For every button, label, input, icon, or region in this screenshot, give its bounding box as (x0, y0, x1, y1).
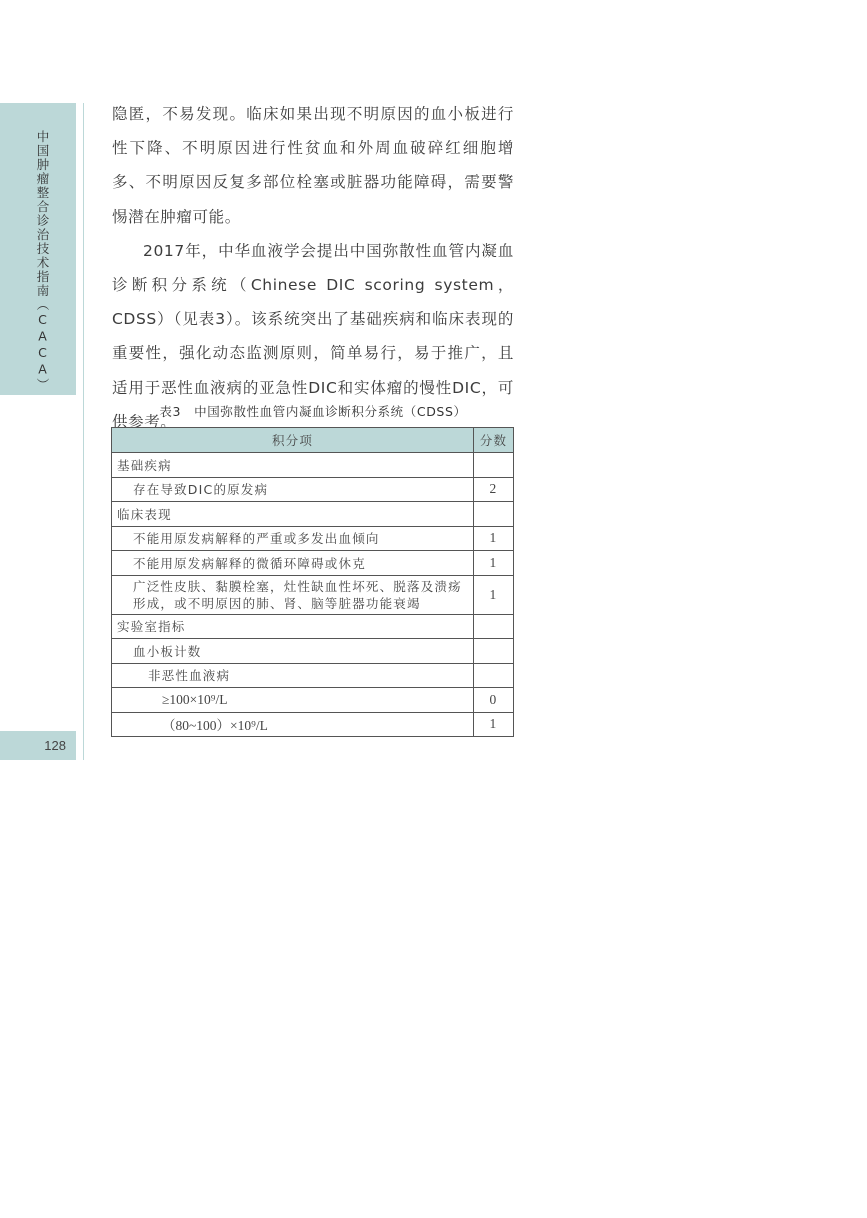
row-score: 1 (474, 575, 514, 614)
table-row: （80~100）×10⁹/L 1 (112, 712, 514, 737)
table-header-row: 积分项 分数 (112, 428, 514, 453)
header-item: 积分项 (112, 428, 474, 453)
table-row: 实验室指标 (112, 614, 514, 639)
row-item: 血小板计数 (112, 639, 474, 664)
row-score: 2 (474, 477, 514, 502)
row-item: 存在导致DIC的原发病 (112, 477, 474, 502)
row-item: 非恶性血液病 (112, 663, 474, 688)
table-row: 基础疾病 (112, 453, 514, 478)
table-row: 血小板计数 (112, 639, 514, 664)
row-item: 广泛性皮肤、黏膜栓塞，灶性缺血性坏死、脱落及溃疡形成，或不明原因的肺、肾、脑等脏… (112, 575, 474, 614)
row-item: 实验室指标 (112, 614, 474, 639)
row-score (474, 663, 514, 688)
row-item: 临床表现 (112, 502, 474, 527)
table-row: ≥100×10⁹/L 0 (112, 688, 514, 713)
row-item: 不能用原发病解释的严重或多发出血倾向 (112, 526, 474, 551)
page-number-band: 128 (0, 731, 76, 760)
table-row: 广泛性皮肤、黏膜栓塞，灶性缺血性坏死、脱落及溃疡形成，或不明原因的肺、肾、脑等脏… (112, 575, 514, 614)
row-item: 不能用原发病解释的微循环障碍或休克 (112, 551, 474, 576)
row-score: 1 (474, 551, 514, 576)
row-score (474, 502, 514, 527)
table-row: 不能用原发病解释的严重或多发出血倾向 1 (112, 526, 514, 551)
row-item: 基础疾病 (112, 453, 474, 478)
row-score: 0 (474, 688, 514, 713)
table-row: 存在导致DIC的原发病 2 (112, 477, 514, 502)
paragraph-1: 隐匿，不易发现。临床如果出现不明原因的血小板进行性下降、不明原因进行性贫血和外周… (112, 97, 514, 234)
row-item: ≥100×10⁹/L (112, 688, 474, 713)
margin-divider (83, 103, 84, 760)
table-row: 不能用原发病解释的微循环障碍或休克 1 (112, 551, 514, 576)
body-text: 隐匿，不易发现。临床如果出现不明原因的血小板进行性下降、不明原因进行性贫血和外周… (112, 97, 514, 439)
row-score (474, 453, 514, 478)
header-score: 分数 (474, 428, 514, 453)
table-row: 临床表现 (112, 502, 514, 527)
running-title: 中国肿瘤整合诊治技术指南（CACA） (34, 130, 50, 392)
row-score: 1 (474, 712, 514, 737)
row-item: （80~100）×10⁹/L (112, 712, 474, 737)
row-score (474, 614, 514, 639)
cdss-table: 积分项 分数 基础疾病 存在导致DIC的原发病 2 临床表现 不能用原发病解释的… (111, 427, 514, 737)
row-score: 1 (474, 526, 514, 551)
table-caption: 表3 中国弥散性血管内凝血诊断积分系统（CDSS） (112, 402, 514, 420)
page-number: 128 (44, 738, 66, 753)
row-score (474, 639, 514, 664)
table-row: 非恶性血液病 (112, 663, 514, 688)
